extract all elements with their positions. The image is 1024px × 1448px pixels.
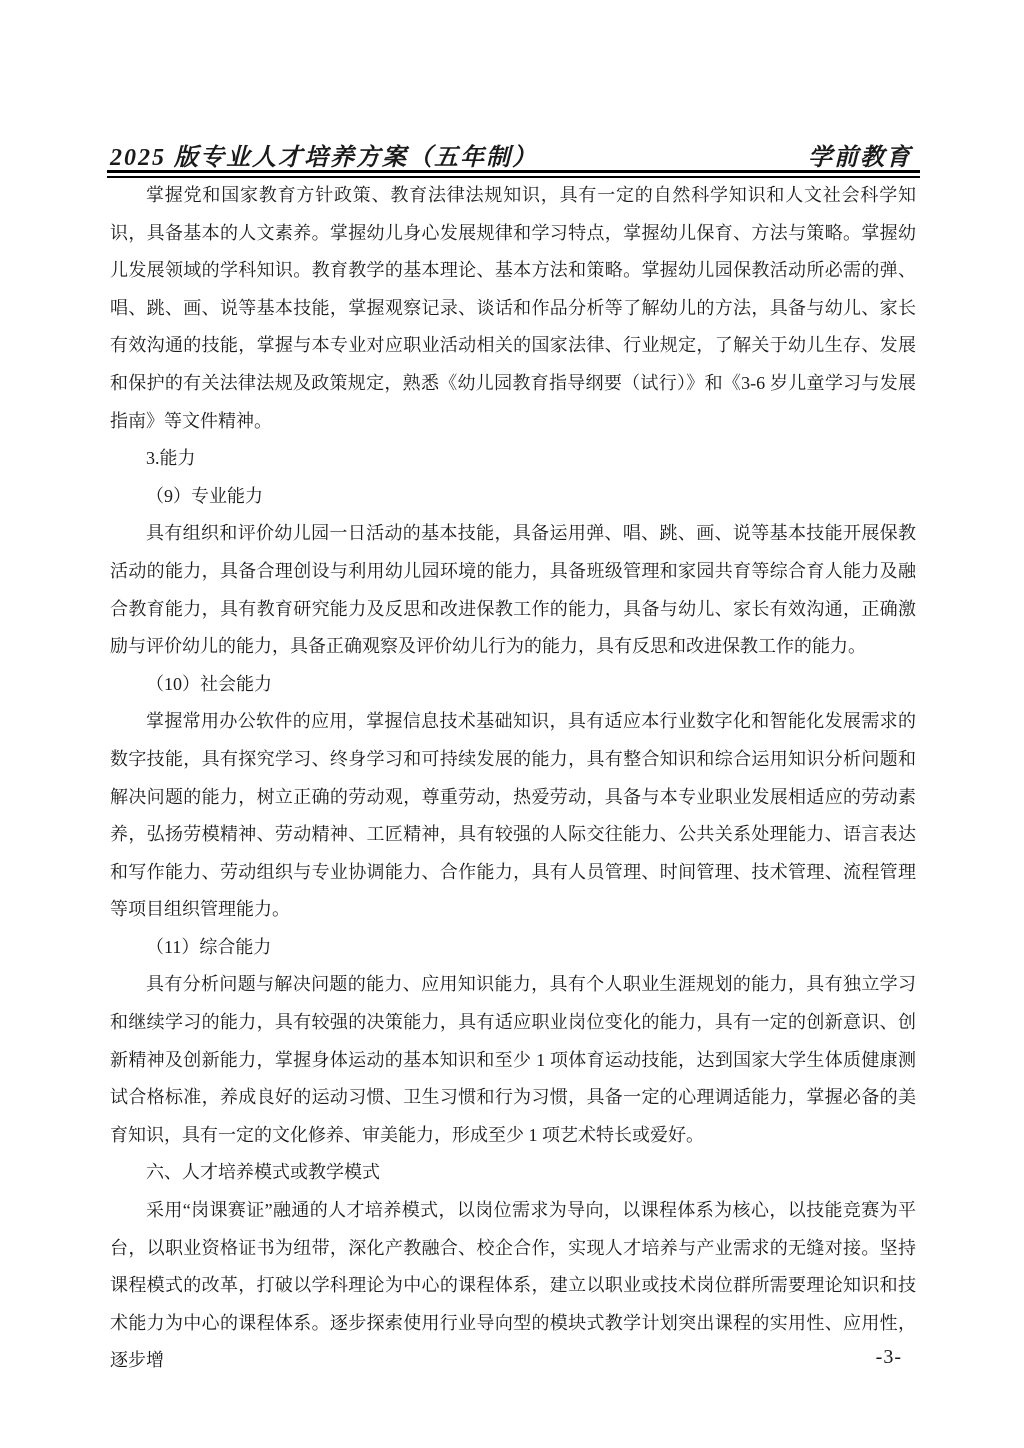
paragraph-social-ability: 掌握常用办公软件的应用，掌握信息技术基础知识，具有适应本行业数字化和智能化发展需… bbox=[110, 703, 916, 929]
heading-social-ability: （10）社会能力 bbox=[110, 666, 916, 704]
document-page: 2025 版专业人才培养方案（五年制） 学前教育 掌握党和国家教育方针政策、教育… bbox=[0, 0, 1024, 1448]
paragraph-knowledge: 掌握党和国家教育方针政策、教育法律法规知识，具有一定的自然科学知识和人文社会科学… bbox=[110, 177, 916, 440]
paragraph-professional-ability: 具有组织和评价幼儿园一日活动的基本技能，具备运用弹、唱、跳、画、说等基本技能开展… bbox=[110, 515, 916, 665]
paragraph-training-mode: 采用“岗课赛证”融通的人才培养模式，以岗位需求为导向，以课程体系为核心，以技能竞… bbox=[110, 1192, 916, 1380]
document-body: 掌握党和国家教育方针政策、教育法律法规知识，具有一定的自然科学知识和人文社会科学… bbox=[110, 177, 916, 1380]
header-left-title: 2025 版专业人才培养方案（五年制） bbox=[110, 137, 538, 172]
heading-professional-ability: （9）专业能力 bbox=[110, 478, 916, 516]
page-number: -3- bbox=[876, 1346, 902, 1369]
heading-ability: 3.能力 bbox=[110, 440, 916, 478]
paragraph-comprehensive-ability: 具有分析问题与解决问题的能力、应用知识能力，具有个人职业生涯规划的能力，具有独立… bbox=[110, 966, 916, 1154]
heading-training-mode: 六、人才培养模式或教学模式 bbox=[110, 1154, 916, 1192]
heading-comprehensive-ability: （11）综合能力 bbox=[110, 929, 916, 967]
header-right-title: 学前教育 bbox=[808, 137, 912, 172]
